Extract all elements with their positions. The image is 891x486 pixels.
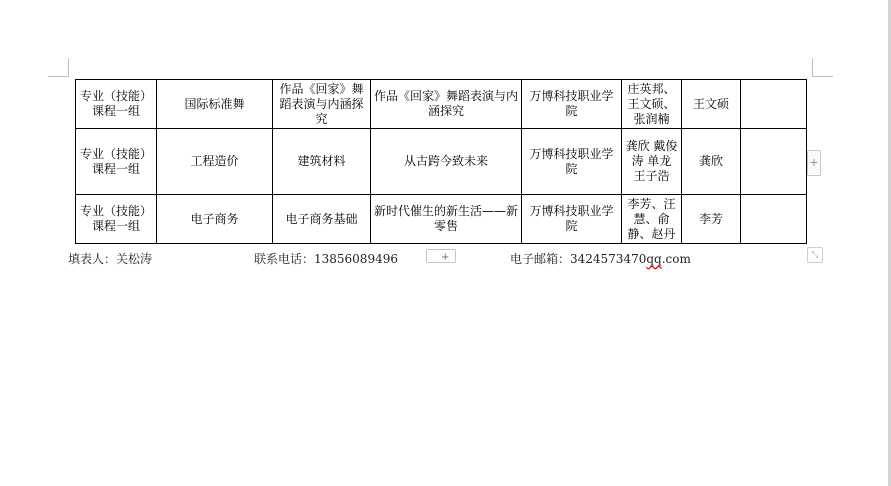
cell-members[interactable]: 龚欣 戴俊涛 单龙 王子浩 bbox=[622, 129, 682, 195]
cell-members[interactable]: 庄英邦、王文硕、张润楠 bbox=[622, 80, 682, 129]
plus-icon: + bbox=[441, 252, 449, 263]
cell-category[interactable]: 专业（技能）课程一组 bbox=[76, 195, 157, 244]
cell-leader[interactable]: 王文硕 bbox=[682, 80, 741, 129]
plus-icon: + bbox=[809, 156, 818, 169]
email-prefix: 电子邮箱：3424573470 bbox=[510, 252, 646, 266]
cell-title[interactable]: 新时代催生的新生活——新零售 bbox=[371, 195, 522, 244]
page-margin-marker-top-right bbox=[812, 58, 833, 77]
cell-school[interactable]: 万博科技职业学院 bbox=[522, 80, 622, 129]
cell-title[interactable]: 作品《回家》舞蹈表演与内涵探究 bbox=[371, 80, 522, 129]
cell-note[interactable] bbox=[741, 129, 807, 195]
cell-course[interactable]: 作品《回家》舞蹈表演与内涵探究 bbox=[273, 80, 371, 129]
cell-major[interactable]: 国际标准舞 bbox=[157, 80, 273, 129]
cell-leader[interactable]: 龚欣 bbox=[682, 129, 741, 195]
cell-major[interactable]: 电子商务 bbox=[157, 195, 273, 244]
footer-line: 填表人：关松涛 联系电话：13856089496 + 电子邮箱：34245734… bbox=[68, 248, 828, 266]
email-text: 电子邮箱：3424573470qq.com bbox=[510, 250, 691, 267]
spellcheck-underlined-word[interactable]: qq bbox=[646, 252, 661, 266]
table-row: 专业（技能）课程一组 电子商务 电子商务基础 新时代催生的新生活——新零售 万博… bbox=[76, 195, 807, 244]
table-row: 专业（技能）课程一组 工程造价 建筑材料 从古跨今致未来 万博科技职业学院 龚欣… bbox=[76, 129, 807, 195]
add-row-button[interactable]: + bbox=[807, 150, 821, 176]
cell-major[interactable]: 工程造价 bbox=[157, 129, 273, 195]
table-row: 专业（技能）课程一组 国际标准舞 作品《回家》舞蹈表演与内涵探究 作品《回家》舞… bbox=[76, 80, 807, 129]
add-column-button[interactable]: + bbox=[426, 249, 456, 263]
project-table: 专业（技能）课程一组 国际标准舞 作品《回家》舞蹈表演与内涵探究 作品《回家》舞… bbox=[75, 79, 807, 244]
cell-category[interactable]: 专业（技能）课程一组 bbox=[76, 129, 157, 195]
cell-course[interactable]: 建筑材料 bbox=[273, 129, 371, 195]
cell-note[interactable] bbox=[741, 80, 807, 129]
cell-title[interactable]: 从古跨今致未来 bbox=[371, 129, 522, 195]
cell-leader[interactable]: 李芳 bbox=[682, 195, 741, 244]
page-margin-marker-top-left bbox=[48, 58, 69, 77]
cell-note[interactable] bbox=[741, 195, 807, 244]
cell-school[interactable]: 万博科技职业学院 bbox=[522, 195, 622, 244]
table-resize-handle[interactable]: ⤡ bbox=[807, 247, 823, 263]
phone-text: 联系电话：13856089496 bbox=[254, 250, 398, 267]
resize-icon: ⤡ bbox=[812, 250, 818, 259]
preparer-text: 填表人：关松涛 bbox=[68, 250, 152, 267]
cell-school[interactable]: 万博科技职业学院 bbox=[522, 129, 622, 195]
cell-members[interactable]: 李芳、汪慧、俞静、赵丹 bbox=[622, 195, 682, 244]
cell-category[interactable]: 专业（技能）课程一组 bbox=[76, 80, 157, 129]
cell-course[interactable]: 电子商务基础 bbox=[273, 195, 371, 244]
email-suffix: .com bbox=[662, 252, 691, 266]
